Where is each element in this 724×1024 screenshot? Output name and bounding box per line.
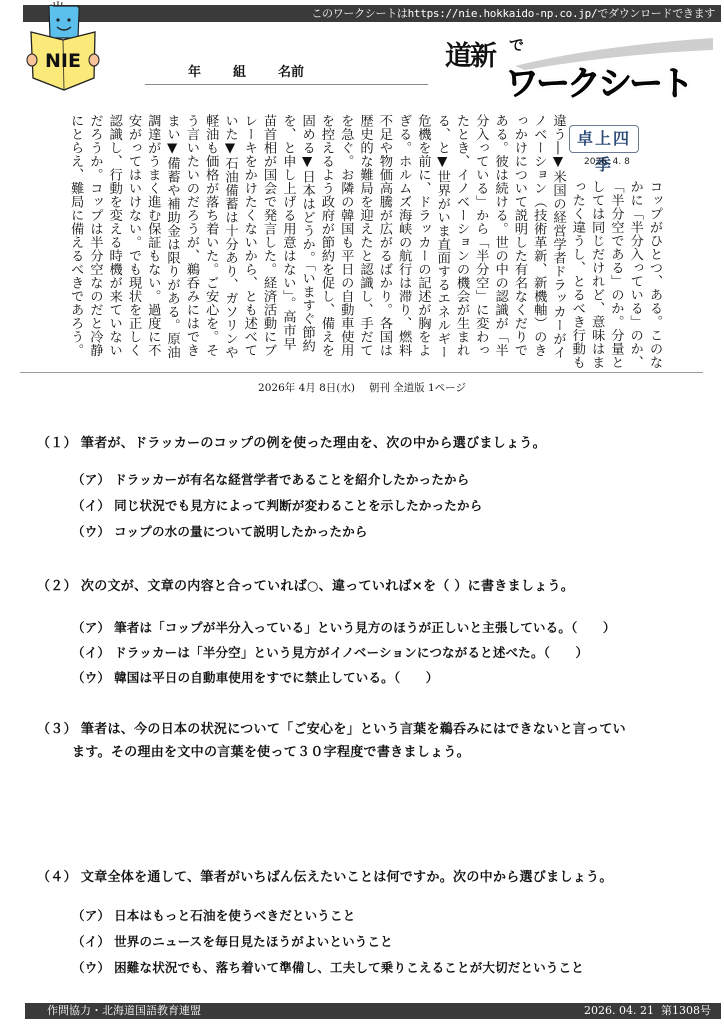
article-column: を急ぐ。お隣の韓国も平日の自動車使用 xyxy=(336,114,355,364)
article-column: 調達がうまく進む保証もない。過度に不 xyxy=(143,114,162,364)
download-notice-bar: このワークシートはhttps://nie.hokkaido-np.co.jp/で… xyxy=(23,5,721,22)
question-2: （２）次の文が、文章の内容と合っていれば○、違っていれば×を（ ）に書きましょう… xyxy=(37,575,574,594)
option-label: （イ） xyxy=(72,934,110,949)
brand-prefix: 道新 xyxy=(445,34,495,73)
question-1: （１）筆者が、ドラッカーのコップの例を使った理由を、次の中から選びましょう。 xyxy=(37,432,546,451)
article-column: ぎる。ホルムズ海峡の航行は滞り、燃料 xyxy=(394,114,413,364)
question-3-line2: ます。その理由を文中の言葉を使って３０字程度で書きましょう。 xyxy=(72,741,470,760)
article-column: いた▼石油備蓄は十分あり、ガソリンや xyxy=(220,114,239,364)
question-number: （３） xyxy=(37,722,77,737)
footer-bar: 作問協力・北海道国語教育連盟 2026. 04. 21 第1308号 xyxy=(25,1003,721,1019)
article-column: る、と▼世界がいま直面するエネルギー xyxy=(432,114,451,364)
question-number: （２） xyxy=(37,579,77,594)
article-column: 不足や物価高騰が広がるばかり。各国は xyxy=(375,114,394,364)
q4-option-u[interactable]: （ウ）困難な状況でも、落ち着いて準備し、工夫して乗りこえることが大切だということ xyxy=(72,958,584,976)
article-column: 軽油も価格が落ち着いた。ご安心を。そ xyxy=(201,114,220,364)
article-column: 安がってはいけない。でも現状を正しく xyxy=(124,114,143,364)
question-number: （１） xyxy=(37,436,77,451)
question-text: 次の文が、文章の内容と合っていれば○、違っていれば×を（ ）に書きましょう。 xyxy=(81,579,574,594)
article-column: 分入っている」から「半分空」に変わっ xyxy=(471,114,490,364)
article-column: にとらえ、難局に備えるべきであろう。 xyxy=(66,114,85,364)
article-column: レーキをかけたくないから、とも述べて xyxy=(239,114,258,364)
article-column: 固める▼日本はどうか。「いますぐ節約 xyxy=(297,114,316,364)
column-title-box: 卓上四季 xyxy=(569,125,639,153)
article-column: かに「半分入っている」のか、 xyxy=(625,180,644,364)
footer-date: 2026. 04. 21 xyxy=(584,1004,654,1017)
option-label: （イ） xyxy=(72,498,110,513)
option-label: （イ） xyxy=(72,645,110,660)
option-label: （ア） xyxy=(72,472,110,487)
footer-credit: 作問協力・北海道国語教育連盟 xyxy=(47,1003,201,1019)
article-column: 違う―▼米国の経営学者ドラッカーがイ xyxy=(548,114,567,364)
option-text: ドラッカーが有名な経営学者であることを紹介したかったから xyxy=(114,472,469,487)
question-text: 文章全体を通して、筆者がいちばん伝えたいことは何ですか。次の中から選びましょう。 xyxy=(81,870,613,885)
article-column: 危機を前に、ドラッカーの記述が胸をよ xyxy=(413,114,432,364)
option-text: コップの水の量について説明したかったから xyxy=(114,524,368,539)
brand-title: ワークシート xyxy=(505,56,691,105)
question-text: 筆者は、今の日本の状況について「ご安心を」という言葉を鵜呑みにはできないと言って… xyxy=(81,722,626,737)
option-text: 世界のニュースを毎日見たほうがよいということ xyxy=(114,934,393,949)
article-column: ったく違うし、とるべき行動も xyxy=(568,180,587,364)
footer-issue-number: 第1308号 xyxy=(661,1004,711,1017)
q1-option-i[interactable]: （イ）同じ状況でも見方によって判断が変わることを示したかったから xyxy=(72,496,482,514)
year-label: 年 xyxy=(188,61,201,80)
download-notice: このワークシートはhttps://nie.hokkaido-np.co.jp/で… xyxy=(311,7,715,20)
nie-logo: NIE xyxy=(24,0,102,92)
option-text: ドラッカーは「半分空」という見方がイノベーションにつながると述べた。（ ） xyxy=(114,645,588,660)
name-fields: 年 組 名前 xyxy=(148,55,428,85)
article-divider xyxy=(20,372,703,373)
option-text: 同じ状況でも見方によって判断が変わることを示したかったから xyxy=(114,498,482,513)
name-underline xyxy=(145,84,428,85)
name-label: 名前 xyxy=(278,61,304,80)
article-column: っかけについて説明した有名なくだりで xyxy=(510,114,529,364)
article-column: コップがひとつ、ある。このな xyxy=(645,180,664,364)
article-column: だろうか。コップは半分空なのだと冷静 xyxy=(85,114,104,364)
article-column: 認識し、行動を変える時機が来ていない xyxy=(104,114,123,364)
article-column: まい▼備蓄や補助金は限りがある。原油 xyxy=(162,114,181,364)
question-number: （４） xyxy=(37,870,77,885)
svg-text:NIE: NIE xyxy=(45,50,81,72)
option-text: 韓国は平日の自動車使用をすでに禁止している。（ ） xyxy=(114,670,438,685)
option-text: 筆者は「コップが半分入っている」という見方のほうが正しいと主張している。（ ） xyxy=(114,620,616,635)
q3-answer-area[interactable] xyxy=(37,765,687,860)
question-text: 筆者が、ドラッカーのコップの例を使った理由を、次の中から選びましょう。 xyxy=(81,436,546,451)
q4-option-i[interactable]: （イ）世界のニュースを毎日見たほうがよいということ xyxy=(72,932,393,950)
article-column: う言いたいのだろうが、鵜呑みにはでき xyxy=(182,114,201,364)
article-column: 苗首相が国会で発言した。経済活動にブ xyxy=(259,114,278,364)
question-4: （４）文章全体を通して、筆者がいちばん伝えたいことは何ですか。次の中から選びまし… xyxy=(37,866,613,885)
article-column: を、と申し上げる用意はない」。高市早 xyxy=(278,114,297,364)
option-label: （ウ） xyxy=(72,960,110,975)
article-column: ある。彼は続ける。世の中の認識が「半 xyxy=(490,114,509,364)
q2-statement-u[interactable]: （ウ）韓国は平日の自動車使用をすでに禁止している。（ ） xyxy=(72,668,438,686)
q4-option-a[interactable]: （ア）日本はもっと石油を使うべきだということ xyxy=(72,906,355,924)
brand-particle: で xyxy=(509,34,524,55)
publication-info: 2026年 4月 8日(水) 朝刊 全道版 1ページ xyxy=(0,380,724,395)
q1-option-a[interactable]: （ア）ドラッカーが有名な経営学者であることを紹介したかったから xyxy=(72,470,469,488)
option-label: （ウ） xyxy=(72,670,110,685)
option-label: （ア） xyxy=(72,620,110,635)
article-column: 「半分空である」のか。分量と xyxy=(606,180,625,364)
article-column: を控えるよう政府が節約を促し、備えを xyxy=(317,114,336,364)
doshin-worksheet-logo: 道新 で ワークシート xyxy=(445,30,715,100)
option-label: （ア） xyxy=(72,908,110,923)
q2-statement-a[interactable]: （ア）筆者は「コップが半分入っている」という見方のほうが正しいと主張している。（… xyxy=(72,618,616,636)
footer-issue-info: 2026. 04. 21 第1308号 xyxy=(584,1003,711,1019)
question-3: （３）筆者は、今の日本の状況について「ご安心を」という言葉を鵜呑みにはできないと… xyxy=(37,718,626,737)
article-column: 歴史的な難局を迎えたと認識し、手だて xyxy=(355,114,374,364)
option-label: （ウ） xyxy=(72,524,110,539)
option-text: 日本はもっと石油を使うべきだということ xyxy=(114,908,355,923)
article-column: ノベーション（技術革新、新機軸）のき xyxy=(529,114,548,364)
q1-option-u[interactable]: （ウ）コップの水の量について説明したかったから xyxy=(72,522,368,540)
article-column: たとき、イノベーションの機会が生まれ xyxy=(452,114,471,364)
article-column: しては同じだけれど、意味はま xyxy=(587,180,606,364)
option-text: 困難な状況でも、落ち着いて準備し、工夫して乗りこえることが大切だということ xyxy=(114,960,584,975)
class-label: 組 xyxy=(233,61,246,80)
column-date: 2026. 4. 8 xyxy=(584,157,630,167)
q2-statement-i[interactable]: （イ）ドラッカーは「半分空」という見方がイノベーションにつながると述べた。（ ） xyxy=(72,643,588,661)
